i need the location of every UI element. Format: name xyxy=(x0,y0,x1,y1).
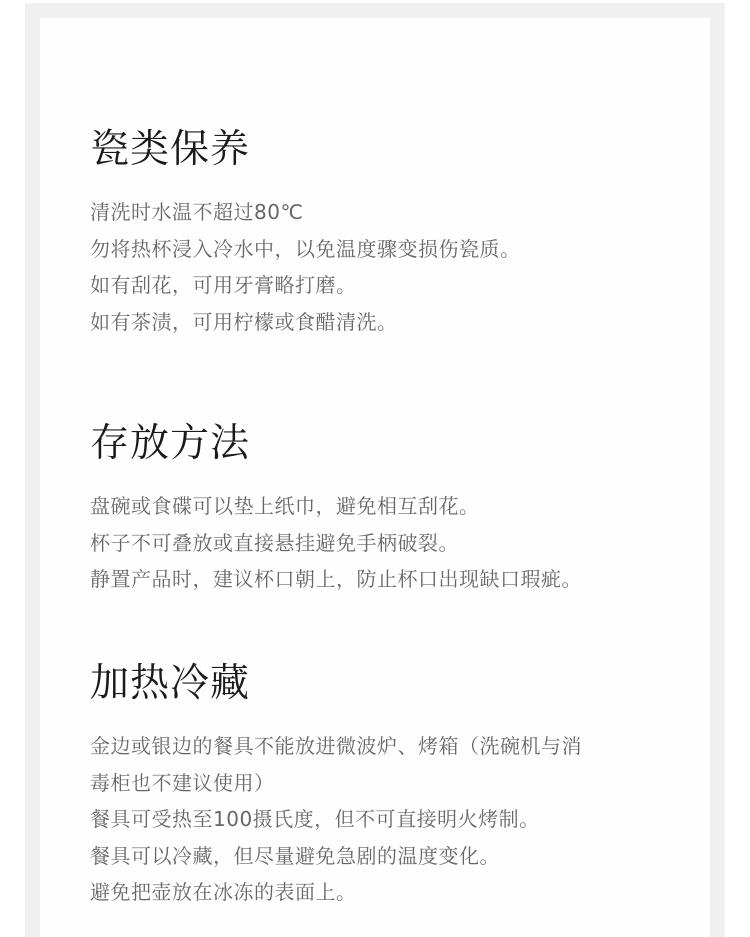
section-storage-method: 存放方法 盘碗或食碟可以垫上纸巾，避免相互刮花。 杯子不可叠放或直接悬挂避免手柄… xyxy=(90,420,670,598)
section-porcelain-care: 瓷类保养 清洗时水温不超过80℃ 勿将热杯浸入冷水中，以免温度骤变损伤瓷质。 如… xyxy=(90,126,670,340)
section-title: 存放方法 xyxy=(90,420,670,468)
care-line: 清洗时水温不超过80℃ xyxy=(90,194,670,231)
heating-line: 避免把壶放在冰冻的表面上。 xyxy=(90,874,670,911)
heating-line: 毒柜也不建议使用） xyxy=(90,765,670,802)
section-body: 清洗时水温不超过80℃ 勿将热杯浸入冷水中，以免温度骤变损伤瓷质。 如有刮花，可… xyxy=(90,194,670,340)
care-line: 勿将热杯浸入冷水中，以免温度骤变损伤瓷质。 xyxy=(90,231,670,268)
care-line: 如有刮花，可用牙膏略打磨。 xyxy=(90,267,670,304)
storage-line: 杯子不可叠放或直接悬挂避免手柄破裂。 xyxy=(90,525,670,562)
section-heating-refrigeration: 加热冷藏 金边或银边的餐具不能放进微波炉、烤箱（洗碗机与消 毒柜也不建议使用） … xyxy=(90,660,670,911)
section-title: 加热冷藏 xyxy=(90,660,670,708)
heating-line: 餐具可受热至100摄氏度，但不可直接明火烤制。 xyxy=(90,801,670,838)
section-body: 金边或银边的餐具不能放进微波炉、烤箱（洗碗机与消 毒柜也不建议使用） 餐具可受热… xyxy=(90,728,670,911)
heating-line: 餐具可以冷藏，但尽量避免急剧的温度变化。 xyxy=(90,838,670,875)
section-title: 瓷类保养 xyxy=(90,126,670,174)
care-line: 如有茶渍，可用柠檬或食醋清洗。 xyxy=(90,304,670,341)
heating-line: 金边或银边的餐具不能放进微波炉、烤箱（洗碗机与消 xyxy=(90,728,670,765)
storage-line: 静置产品时，建议杯口朝上，防止杯口出现缺口瑕疵。 xyxy=(90,561,670,598)
section-body: 盘碗或食碟可以垫上纸巾，避免相互刮花。 杯子不可叠放或直接悬挂避免手柄破裂。 静… xyxy=(90,488,670,598)
storage-line: 盘碗或食碟可以垫上纸巾，避免相互刮花。 xyxy=(90,488,670,525)
